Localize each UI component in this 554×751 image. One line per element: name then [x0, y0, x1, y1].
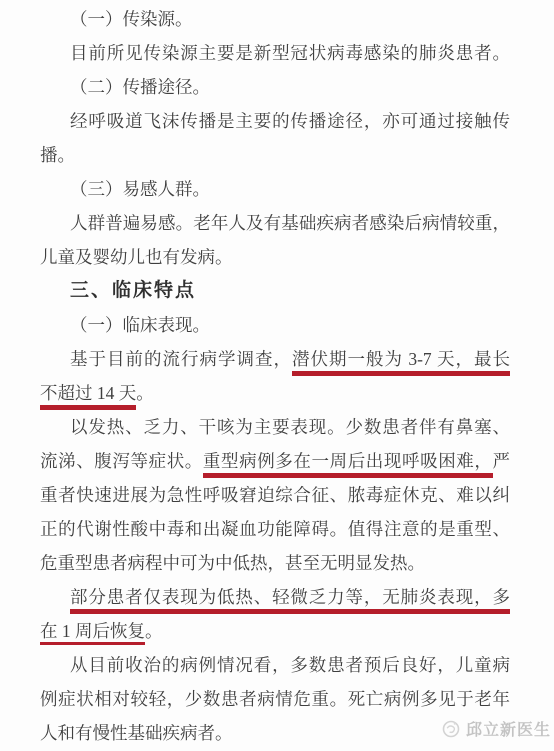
text-line: 播。 — [40, 138, 510, 172]
text-line: （三）易感人群。 — [40, 172, 510, 206]
text-line: 从目前收治的病例情况看，多数患者预后良好，儿童病 — [40, 648, 510, 682]
text-run: 重者快速进展为急性呼吸窘迫综合征、脓毒症休克、难以纠 — [40, 485, 510, 505]
red-underlined-text: 不超过 14 天 — [40, 383, 136, 410]
red-underlined-text: 重型病例多在一周后出现呼吸困难， — [203, 451, 493, 478]
text-run: 。 — [136, 383, 154, 403]
text-run: （三）易感人群。 — [70, 179, 210, 199]
text-line: （二）传播途径。 — [40, 70, 510, 104]
red-underlined-text: 部分患者仅表现为低热、轻微乏力等，无肺炎表现，多 — [70, 587, 510, 614]
watermark-text: 邱立新医生 — [466, 717, 551, 740]
red-underlined-text: 在 1 周后恢复 — [40, 621, 145, 645]
text-run: 人群普遍易感。老年人及有基础疾病者感染后病情较重， — [70, 213, 510, 233]
text-run: 严 — [493, 451, 511, 471]
text-line: 危重型患者病程中可为中低热，甚至无明显发热。 — [40, 546, 510, 580]
text-run: （一）传染源。 — [70, 9, 193, 29]
document-page: （一）传染源。目前所见传染源主要是新型冠状病毒感染的肺炎患者。（二）传播途径。经… — [0, 0, 554, 751]
text-run: 经呼吸道飞沫传播是主要的传播途径，亦可通过接触传 — [70, 111, 510, 131]
red-underlined-text: 潜伏期一般为 3-7 天，最长 — [292, 349, 510, 376]
section-heading: 三、临床特点 — [40, 274, 510, 308]
document-body: （一）传染源。目前所见传染源主要是新型冠状病毒感染的肺炎患者。（二）传播途径。经… — [40, 2, 510, 750]
text-run: 目前所见传染源主要是新型冠状病毒感染的肺炎患者。 — [70, 43, 510, 63]
text-line: 基于目前的流行病学调查，潜伏期一般为 3-7 天，最长 — [40, 342, 510, 376]
text-line: （一）临床表现。 — [40, 308, 510, 342]
text-line: 流涕、腹泻等症状。重型病例多在一周后出现呼吸困难，严 — [40, 444, 510, 478]
text-line: 儿童及婴幼儿也有发病。 — [40, 240, 510, 274]
text-run: 流涕、腹泻等症状。 — [40, 451, 203, 471]
text-line: 经呼吸道飞沫传播是主要的传播途径，亦可通过接触传 — [40, 104, 510, 138]
text-line: 重者快速进展为急性呼吸窘迫综合征、脓毒症休克、难以纠 — [40, 478, 510, 512]
text-line: 正的代谢性酸中毒和出凝血功能障碍。值得注意的是重型、 — [40, 512, 510, 546]
watermark: 邱立新医生 — [441, 717, 551, 740]
text-run: 例症状相对较轻，少数患者病情危重。死亡病例多见于老年 — [40, 689, 510, 709]
text-run: 以发热、乏力、干咳为主要表现。少数患者伴有鼻塞、 — [70, 417, 510, 437]
text-line: 在 1 周后恢复。 — [40, 614, 510, 648]
text-run: 三、临床特点 — [70, 280, 196, 301]
text-line: 以发热、乏力、干咳为主要表现。少数患者伴有鼻塞、 — [40, 410, 510, 444]
text-line: （一）传染源。 — [40, 2, 510, 36]
text-line: 人群普遍易感。老年人及有基础疾病者感染后病情较重， — [40, 206, 510, 240]
text-run: 人和有慢性基础疾病者。 — [40, 723, 233, 743]
text-line: 目前所见传染源主要是新型冠状病毒感染的肺炎患者。 — [40, 36, 510, 70]
text-run: 基于目前的流行病学调查， — [70, 349, 292, 369]
text-run: （二）传播途径。 — [70, 77, 210, 97]
swirl-logo-icon — [441, 719, 461, 739]
text-run: 正的代谢性酸中毒和出凝血功能障碍。值得注意的是重型、 — [40, 519, 510, 539]
text-run: 从目前收治的病例情况看，多数患者预后良好，儿童病 — [70, 655, 510, 675]
text-line: 不超过 14 天。 — [40, 376, 510, 410]
text-line: 人和有慢性基础疾病者。 — [40, 716, 510, 750]
text-line: 例症状相对较轻，少数患者病情危重。死亡病例多见于老年 — [40, 682, 510, 716]
text-run: （一）临床表现。 — [70, 315, 210, 335]
text-line: 部分患者仅表现为低热、轻微乏力等，无肺炎表现，多 — [40, 580, 510, 614]
text-run: 危重型患者病程中可为中低热，甚至无明显发热。 — [40, 553, 425, 573]
text-run: 播。 — [40, 145, 75, 165]
text-run: 儿童及婴幼儿也有发病。 — [40, 247, 233, 267]
text-run: 。 — [145, 621, 163, 641]
